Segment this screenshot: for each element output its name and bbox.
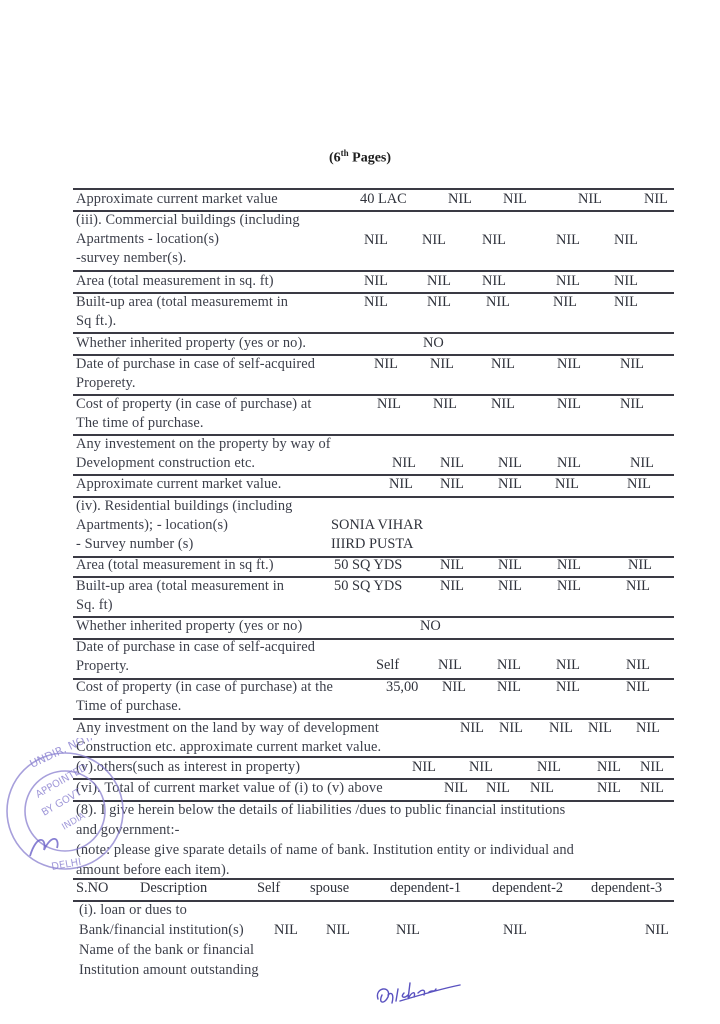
row-value: NIL <box>497 678 521 697</box>
row-value: NIL <box>556 231 580 250</box>
row-value: NIL <box>557 556 581 575</box>
row-value: NIL <box>557 395 581 414</box>
row-value: NIL <box>440 475 464 494</box>
row-label: Approximate current market value <box>76 190 278 209</box>
row-value: NIL <box>555 475 579 494</box>
row-label: Whether inherited property (yes or no) <box>76 617 302 636</box>
section8-text: (8). I give herein below the details of … <box>76 801 674 820</box>
row-value: NIL <box>530 779 554 798</box>
row-label: -survey nember(s). <box>76 249 187 268</box>
row-label: Cost of property (in case of purchase) a… <box>76 678 333 697</box>
section8-text: and government:- <box>76 821 674 840</box>
row-label: - Survey number (s) <box>76 535 193 554</box>
row-label: Approximate current market value. <box>76 475 282 494</box>
signature-icon <box>370 965 470 1015</box>
row-label: (i). loan or dues to <box>79 901 187 920</box>
row-label: Sq. ft) <box>76 596 113 615</box>
row-value: NIL <box>630 454 654 473</box>
row-label: (iv). Residential buildings (including <box>76 497 292 516</box>
row-value: NIL <box>438 656 462 675</box>
row-value: 40 LAC <box>360 190 407 209</box>
row-value: NIL <box>537 758 561 777</box>
row-label: Date of purchase in case of self-acquire… <box>76 638 315 657</box>
row-value: NIL <box>274 921 298 940</box>
table-header: dependent-1 <box>390 879 461 898</box>
row-label: Institution amount outstanding <box>79 961 259 980</box>
row-value: NIL <box>486 293 510 312</box>
row-label: Built-up area (total measurememt in <box>76 293 288 312</box>
row-value: NIL <box>412 758 436 777</box>
row-label: Built-up area (total measurement in <box>76 577 284 596</box>
row-value: NIL <box>503 190 527 209</box>
row-value: NIL <box>497 656 521 675</box>
row-value: NIL <box>628 556 652 575</box>
row-value: NIL <box>469 758 493 777</box>
table-header: spouse <box>310 879 349 898</box>
row-value: NIL <box>427 272 451 291</box>
row-value: NIL <box>377 395 401 414</box>
row-value: NIL <box>427 293 451 312</box>
section8-text: (note: please give sparate details of na… <box>76 841 674 860</box>
row-value: NIL <box>626 577 650 596</box>
row-value: NIL <box>557 454 581 473</box>
row-value: NIL <box>578 190 602 209</box>
row-value: NIL <box>433 395 457 414</box>
row-value: NIL <box>448 190 472 209</box>
row-value: NIL <box>364 293 388 312</box>
table-header: Description <box>140 879 207 898</box>
row-value: NIL <box>491 355 515 374</box>
row-value: NIL <box>614 293 638 312</box>
table-header: dependent-2 <box>492 879 563 898</box>
row-value: NIL <box>626 656 650 675</box>
row-label: Whether inherited property (yes or no). <box>76 334 306 353</box>
row-value: NIL <box>440 454 464 473</box>
page-title: (6th Pages) <box>0 148 720 167</box>
row-value: NIL <box>597 779 621 798</box>
svg-text:UNDIR. NOTA: UNDIR. NOTA <box>28 738 100 771</box>
row-value: NIL <box>556 272 580 291</box>
row-value: NIL <box>422 231 446 250</box>
row-value: NIL <box>491 395 515 414</box>
row-label: Any investement on the property by way o… <box>76 435 331 454</box>
row-value: NIL <box>640 758 664 777</box>
row-value: NIL <box>440 577 464 596</box>
row-value: NIL <box>482 231 506 250</box>
row-value: IIIRD PUSTA <box>331 535 413 554</box>
row-value: NIL <box>374 355 398 374</box>
row-value: NIL <box>503 921 527 940</box>
row-value: NIL <box>588 719 612 738</box>
row-value: NIL <box>645 921 669 940</box>
row-label: Development construction etc. <box>76 454 255 473</box>
row-value: NIL <box>498 556 522 575</box>
row-value: NIL <box>442 678 466 697</box>
row-value: NIL <box>498 454 522 473</box>
row-value: Self <box>376 656 399 675</box>
row-value: SONIA VIHAR <box>331 516 423 535</box>
row-label: Bank/financial institution(s) <box>79 921 244 940</box>
row-label: Area (total measurement in sq. ft) <box>76 272 274 291</box>
row-value: NIL <box>326 921 350 940</box>
row-value: NIL <box>626 678 650 697</box>
notary-stamp-icon: UNDIR. NOTA APPOINTED BY GOVT INDIA DELH… <box>2 738 128 884</box>
row-label: Area (total measurement in sq ft.) <box>76 556 274 575</box>
row-label: Any investment on the land by way of dev… <box>76 719 379 738</box>
row-value: NIL <box>557 355 581 374</box>
row-value: NIL <box>556 656 580 675</box>
row-label: Property. <box>76 657 129 676</box>
row-value: NIL <box>614 231 638 250</box>
row-value: NIL <box>498 577 522 596</box>
row-value: NIL <box>557 577 581 596</box>
row-value: NIL <box>636 719 660 738</box>
row-label: Sq ft.). <box>76 312 116 331</box>
row-value: 50 SQ YDS <box>334 577 402 596</box>
row-label: Name of the bank or financial <box>79 941 254 960</box>
table-header: Self <box>257 879 280 898</box>
svg-text:DELHI: DELHI <box>51 857 83 873</box>
row-value: NO <box>420 617 441 636</box>
row-value: NIL <box>553 293 577 312</box>
row-value: NIL <box>556 678 580 697</box>
row-label: Date of purchase in case of self-acquire… <box>76 355 315 374</box>
row-value: NIL <box>549 719 573 738</box>
row-value: NIL <box>396 921 420 940</box>
row-value: NIL <box>499 719 523 738</box>
row-label: Apartments - location(s) <box>76 230 219 249</box>
row-label: Apartments); - location(s) <box>76 516 228 535</box>
row-value: NIL <box>620 395 644 414</box>
row-value: 35,00 <box>386 678 418 697</box>
row-value: NIL <box>364 231 388 250</box>
row-label: The time of purchase. <box>76 414 204 433</box>
row-value: NIL <box>430 355 454 374</box>
row-value: NIL <box>614 272 638 291</box>
row-value: NO <box>423 334 444 353</box>
table-header: dependent-3 <box>591 879 662 898</box>
row-value: 50 SQ YDS <box>334 556 402 575</box>
section8-text: amount before each item). <box>76 861 674 880</box>
row-value: NIL <box>644 190 668 209</box>
row-label: Properety. <box>76 374 136 393</box>
row-value: NIL <box>392 454 416 473</box>
row-value: NIL <box>482 272 506 291</box>
row-label: Time of purchase. <box>76 697 181 716</box>
row-value: NIL <box>597 758 621 777</box>
row-value: NIL <box>444 779 468 798</box>
row-value: NIL <box>460 719 484 738</box>
row-value: NIL <box>440 556 464 575</box>
row-value: NIL <box>364 272 388 291</box>
row-value: NIL <box>627 475 651 494</box>
row-label: (iii). Commercial buildings (including <box>76 211 300 230</box>
row-value: NIL <box>389 475 413 494</box>
row-value: NIL <box>498 475 522 494</box>
svg-text:INDIA: INDIA <box>61 811 88 833</box>
row-value: NIL <box>620 355 644 374</box>
row-value: NIL <box>640 779 664 798</box>
row-label: Cost of property (in case of purchase) a… <box>76 395 311 414</box>
row-value: NIL <box>486 779 510 798</box>
